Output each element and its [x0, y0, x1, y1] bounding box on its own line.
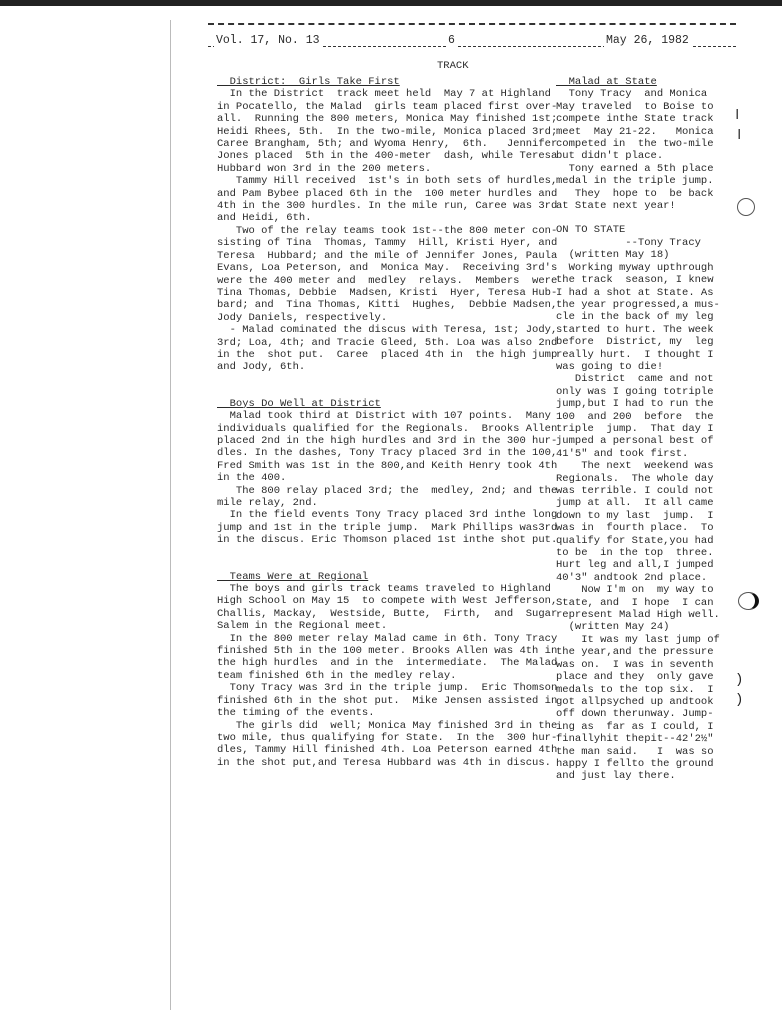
text-line: and Heidi, 6th.	[217, 212, 537, 224]
text-line: jumped a personal best of	[556, 435, 706, 447]
text-line: ing as far as I could, I	[556, 721, 706, 733]
issue-date: May 26, 1982	[604, 34, 691, 47]
text-line: individuals qualified for the Regionals.…	[217, 423, 537, 435]
text-line: triple jump. That day I	[556, 423, 706, 435]
text-line: In the field events Tony Tracy placed 3r…	[217, 509, 537, 521]
punch-hole	[738, 592, 759, 610]
text-line: represent Malad High well.	[556, 609, 706, 621]
text-line: the timing of the events.	[217, 707, 537, 719]
text-line: The boys and girls track teams traveled …	[217, 583, 537, 595]
text-line: The girls did well; Monica May finished …	[217, 720, 537, 732]
text-line: Evans, Loa Peterson, and Monica May. Rec…	[217, 262, 537, 274]
text-line: the high hurdles and in the intermediate…	[217, 657, 537, 669]
text-line: In the 800 meter relay Malad came in 6th…	[217, 633, 537, 645]
text-line: the man said. I was so	[556, 746, 706, 758]
article-title: Boys Do Well at District	[217, 398, 537, 410]
text-line: Challis, Mackay, Westside, Butte, Firth,…	[217, 608, 537, 620]
text-line: They hope to be back	[556, 188, 706, 200]
page-header: Vol. 17, No. 13 6 May 26, 1982	[208, 34, 736, 50]
text-line: In the District track meet held May 7 at…	[217, 88, 537, 100]
text-line: off down therunway. Jump-	[556, 708, 706, 720]
text-line: qualify for State,you had	[556, 535, 706, 547]
scan-mark: ǀ	[733, 108, 741, 124]
text-line: finallyhit thepit--42'2½"	[556, 733, 706, 745]
text-line: - Malad cominated the discus with Teresa…	[217, 324, 537, 336]
scan-mark: )	[735, 672, 743, 688]
text-line: but didn't place.	[556, 150, 706, 162]
text-line: really hurt. I thought I	[556, 349, 706, 361]
text-line: Tina Thomas, Debbie Madsen, Kristi Hyer,…	[217, 287, 537, 299]
text-line: Salem in the Regional meet.	[217, 620, 537, 632]
margin-line	[170, 20, 171, 1010]
text-line: only was I going totriple	[556, 386, 706, 398]
text-line: meet May 21-22. Monica	[556, 126, 706, 138]
section-title: TRACK	[437, 60, 469, 72]
text-line: I had a shot at State. As	[556, 287, 706, 299]
text-line: mile relay, 2nd.	[217, 497, 537, 509]
text-line: in Pocatello, the Malad girls team place…	[217, 101, 537, 113]
volume-number: Vol. 17, No. 13	[214, 34, 322, 47]
text-line: before District, my leg	[556, 336, 706, 348]
text-line: Tony Tracy was 3rd in the triple jump. E…	[217, 682, 537, 694]
text-line: 3rd; Loa, 4th; and Tracie Gleed, 5th. Lo…	[217, 337, 537, 349]
article-title: Teams Were at Regional	[217, 571, 537, 583]
article-title: ON TO STATE	[556, 224, 706, 236]
text-line: in the discus. Eric Thomson placed 1st i…	[217, 534, 537, 546]
left-column: District: Girls Take First In the Distri…	[217, 76, 537, 769]
text-line: District came and not	[556, 373, 706, 385]
scan-mark: ǀ	[735, 128, 743, 144]
text-line: the year,and the pressure	[556, 646, 706, 658]
text-line: team finished 6th in the medley relay.	[217, 670, 537, 682]
text-line: and just lay there.	[556, 770, 706, 782]
text-line: at State next year!	[556, 200, 706, 212]
text-line: jump at all. It all came	[556, 497, 706, 509]
text-line: Caree Brangham, 5th; and Wyoma Henry, 6t…	[217, 138, 537, 150]
text-line: Now I'm on my way to	[556, 584, 706, 596]
text-line: Working myway upthrough	[556, 262, 706, 274]
text-line: in the 400.	[217, 472, 537, 484]
text-line: sisting of Tina Thomas, Tammy Hill, Kris…	[217, 237, 537, 249]
text-line: jump and 1st in the triple jump. Mark Ph…	[217, 522, 537, 534]
text-line: Hurt leg and all,I jumped	[556, 559, 706, 571]
text-line: the year progressed,a mus-	[556, 299, 706, 311]
text-line: was terrible. I could not	[556, 485, 706, 497]
text-line: Hubbard won 3rd in the 200 meters.	[217, 163, 537, 175]
text-line: High School on May 15 to compete with We…	[217, 595, 537, 607]
text-line: It was my last jump of	[556, 634, 706, 646]
text-line: 41'5" and took first.	[556, 448, 706, 460]
scan-mark: )	[735, 692, 743, 708]
text-line: Jody Daniels, respectively.	[217, 312, 537, 324]
page-number: 6	[446, 34, 457, 47]
text-line: State, and I hope I can	[556, 597, 706, 609]
text-line: started to hurt. The week	[556, 324, 706, 336]
text-line: (written May 24)	[556, 621, 706, 633]
text-line: Heidi Rhees, 5th. In the two-mile, Monic…	[217, 126, 537, 138]
text-line: Malad took third at District with 107 po…	[217, 410, 537, 422]
text-line: The 800 relay placed 3rd; the medley, 2n…	[217, 485, 537, 497]
text-line: happy I fellto the ground	[556, 758, 706, 770]
text-line: medal in the triple jump.	[556, 175, 706, 187]
text-line: down to my last jump. I	[556, 510, 706, 522]
text-line: Tony earned a 5th place	[556, 163, 706, 175]
text-line: competed in the two-mile	[556, 138, 706, 150]
text-line: jump,but I had to run the	[556, 398, 706, 410]
header-dash-rule	[208, 23, 736, 25]
scan-top-edge	[0, 0, 782, 6]
text-line: compete inthe State track	[556, 113, 706, 125]
text-line: in the shot put. Caree placed 4th in the…	[217, 349, 537, 361]
text-line: bard; and Tina Thomas, Kitti Hughes, Deb…	[217, 299, 537, 311]
article-title: District: Girls Take First	[217, 76, 537, 88]
text-line: and Jody, 6th.	[217, 361, 537, 373]
right-column: Malad at State Tony Tracy and MonicaMay …	[556, 76, 706, 783]
text-line: 40'3" andtook 2nd place.	[556, 572, 706, 584]
text-line: got allpsyched up andtook	[556, 696, 706, 708]
text-line: Teresa Hubbard; and the mile of Jennifer…	[217, 250, 537, 262]
text-line: dles, Tammy Hill finished 4th. Loa Peter…	[217, 744, 537, 756]
article-title: Malad at State	[556, 76, 706, 88]
text-line: finished 5th in the 100 meter. Brooks Al…	[217, 645, 537, 657]
text-line: --Tony Tracy	[556, 237, 706, 249]
text-line: was going to die!	[556, 361, 706, 373]
text-line: were the 400 meter and medley relays. Me…	[217, 275, 537, 287]
text-line: the track season, I knew	[556, 274, 706, 286]
text-line: dles. In the dashes, Tony Tracy placed 3…	[217, 447, 537, 459]
text-line: placed 2nd in the high hurdles and 3rd i…	[217, 435, 537, 447]
text-line: Two of the relay teams took 1st--the 800…	[217, 225, 537, 237]
text-line: finished 6th in the shot put. Mike Jense…	[217, 695, 537, 707]
text-line: medals to the top six. I	[556, 684, 706, 696]
text-line: Tammy Hill received 1st's in both sets o…	[217, 175, 537, 187]
text-line: Fred Smith was 1st in the 800,and Keith …	[217, 460, 537, 472]
text-line: was on. I was in seventh	[556, 659, 706, 671]
text-line: two mile, thus qualifying for State. In …	[217, 732, 537, 744]
text-line: in the shot put,and Teresa Hubbard was 4…	[217, 757, 537, 769]
text-line: was in fourth place. To	[556, 522, 706, 534]
text-line: May traveled to Boise to	[556, 101, 706, 113]
text-line: all. Running the 800 meters, Monica May …	[217, 113, 537, 125]
text-line: The next weekend was	[556, 460, 706, 472]
text-line: to be in the top three.	[556, 547, 706, 559]
text-line: (written May 18)	[556, 249, 706, 261]
text-line: 100 and 200 before the	[556, 411, 706, 423]
text-line: place and they only gave	[556, 671, 706, 683]
text-line: 4th in the 300 hurdles. In the mile run,…	[217, 200, 537, 212]
text-line: Jones placed 5th in the 400-meter dash, …	[217, 150, 537, 162]
text-line: cle in the back of my leg	[556, 311, 706, 323]
punch-hole	[737, 198, 755, 216]
text-line: Tony Tracy and Monica	[556, 88, 706, 100]
text-line: and Pam Bybee placed 6th in the 100 mete…	[217, 188, 537, 200]
text-line: Regionals. The whole day	[556, 473, 706, 485]
